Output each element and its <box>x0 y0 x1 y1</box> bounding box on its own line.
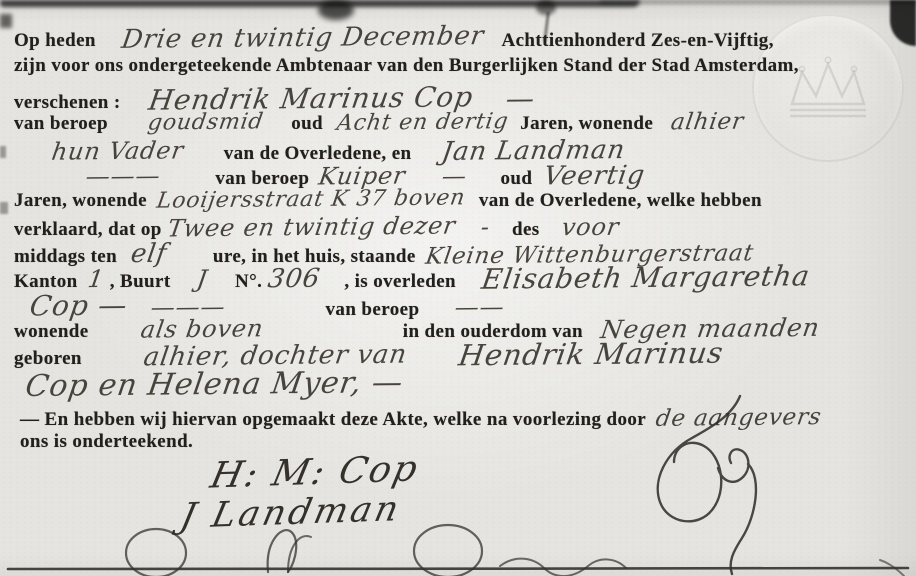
handwritten-text: Looijersstraat K 37 boven <box>155 186 467 213</box>
printed-form-text: — En hebben wij hiervan opgemaakt deze A… <box>20 409 646 430</box>
handwritten-text: voor <box>560 214 621 241</box>
handwritten-text: Twee en twintig dezer <box>166 212 458 241</box>
printed-form-text: Jaren, wonende <box>14 190 147 211</box>
printed-form-text: des <box>512 219 540 240</box>
document-line: zijn voor ons ondergeteekende Ambtenaar … <box>14 56 910 77</box>
document-line: Op hedenDrie en twintig DecemberAchttien… <box>14 24 910 53</box>
printed-form-text: van beroep <box>14 113 108 134</box>
handwritten-text: Acht en dertig <box>335 110 510 136</box>
document-line: geborenalhier, dochter vanHendrik Marinu… <box>14 339 910 371</box>
handwritten-text: goudsmid <box>146 110 265 135</box>
printed-form-text: geboren <box>14 348 82 369</box>
handwritten-text: J <box>195 266 209 292</box>
printed-form-text: Achttienhonderd Zes-en-Vijftig, <box>501 30 773 51</box>
printed-form-text: verklaard, dat op <box>14 219 162 240</box>
printed-form-text: oud <box>501 168 533 189</box>
handwritten-text: alhier <box>669 110 746 136</box>
printed-form-text: van de Overledene, welke hebben <box>479 190 762 211</box>
handwritten-text: hun Vader <box>50 137 186 165</box>
document-line: verklaard, dat opTwee en twintig dezer-d… <box>14 214 910 241</box>
printed-form-text: van beroep <box>215 168 309 189</box>
document-scan: { "document": { "kind": "Overlijdensakte… <box>0 0 916 576</box>
document-line: Kanton1, BuurtJN°.306, is overledenElisa… <box>14 263 910 294</box>
printed-form-text: N°. <box>235 271 262 292</box>
handwritten-text: Cop en Helena Myer, — <box>23 366 405 403</box>
printed-form-text: oud <box>291 113 323 134</box>
handwritten-text: 306 <box>266 265 322 294</box>
handwritten-text: - <box>479 214 492 240</box>
handwritten-text: ——— <box>84 163 162 190</box>
next-entry-pen-strokes <box>0 516 916 576</box>
document-line: Jaren, wonendeLooijersstraat K 37 bovenv… <box>14 188 910 212</box>
document-line: van beroepgoudsmidoudAcht en dertigJaren… <box>14 110 910 135</box>
printed-form-text: Jaren, wonende <box>520 113 653 134</box>
printed-form-text: Op heden <box>14 30 96 51</box>
printed-form-text: , is overleden <box>344 271 456 292</box>
handwritten-text: Drie en twintig December <box>119 22 485 54</box>
handwritten-text: Veertig <box>542 161 647 191</box>
printed-form-text: zijn voor ons ondergeteekende Ambtenaar … <box>14 55 799 76</box>
printed-form-text: ons is onderteekend. <box>20 431 193 452</box>
